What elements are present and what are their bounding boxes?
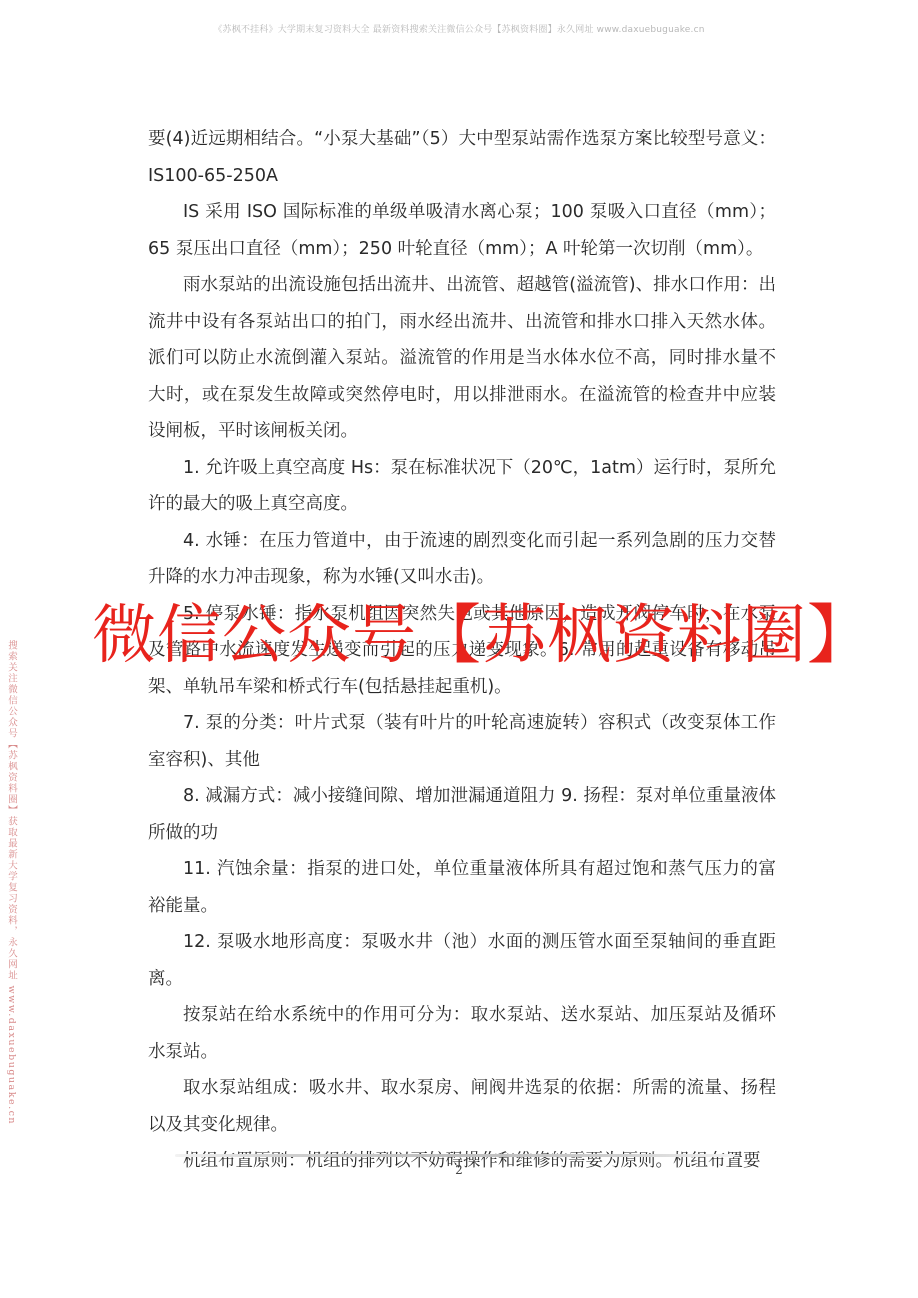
page-number: 2 — [0, 1163, 918, 1177]
paragraph: 7. 泵的分类：叶片式泵（装有叶片的叶轮高速旋转）容积式（改变泵体工作室容积)、… — [148, 705, 776, 778]
paragraph: 按泵站在给水系统中的作用可分为：取水泵站、送水泵站、加压泵站及循环水泵站。 — [148, 997, 776, 1070]
paragraph: 1. 允许吸上真空高度 Hs：泵在标准状况下（20℃，1atm）运行时，泵所允许… — [148, 450, 776, 523]
paragraph: 8. 减漏方式：减小接缝间隙、增加泄漏通道阻力 9. 扬程：泵对单位重量液体所做… — [148, 778, 776, 851]
side-watermark-note: 搜索关注微信公众号【苏枫资料圈】获取最新大学复习资料，永久网址 www.daxu… — [6, 640, 18, 1125]
paragraph: 11. 汽蚀余量：指泵的进口处，单位重量液体所具有超过饱和蒸气压力的富裕能量。 — [148, 851, 776, 924]
header-note: 《苏枫不挂科》大学期末复习资料大全 最新资料搜索关注微信公众号【苏枫资料圈】永久… — [0, 22, 918, 35]
paragraph: 取水泵站组成：吸水井、取水泵房、闸阀井选泵的依据：所需的流量、扬程以及其变化规律… — [148, 1070, 776, 1143]
paragraph: 4. 水锤：在压力管道中，由于流速的剧烈变化而引起一系列急剧的压力交替升降的水力… — [148, 523, 776, 596]
paragraph: 要(4)近远期相结合。“小泵大基础”（5）大中型泵站需作选泵方案比较型号意义：I… — [148, 121, 776, 194]
footer-divider — [175, 1154, 735, 1157]
paragraph: 5. 停泵水锤：指水泵机组因突然失电或其他原因，造成开阀停车时，在水泵及管路中水… — [148, 596, 776, 706]
paragraph: IS 采用 ISO 国际标准的单级单吸清水离心泵；100 泵吸入口直径（mm）；… — [148, 194, 776, 267]
document-body: 要(4)近远期相结合。“小泵大基础”（5）大中型泵站需作选泵方案比较型号意义：I… — [148, 121, 776, 1180]
paragraph: 雨水泵站的出流设施包括出流井、出流管、超越管(溢流管)、排水口作用：出流井中设有… — [148, 267, 776, 450]
paragraph: 12. 泵吸水地形高度：泵吸水井（池）水面的测压管水面至泵轴间的垂直距离。 — [148, 924, 776, 997]
